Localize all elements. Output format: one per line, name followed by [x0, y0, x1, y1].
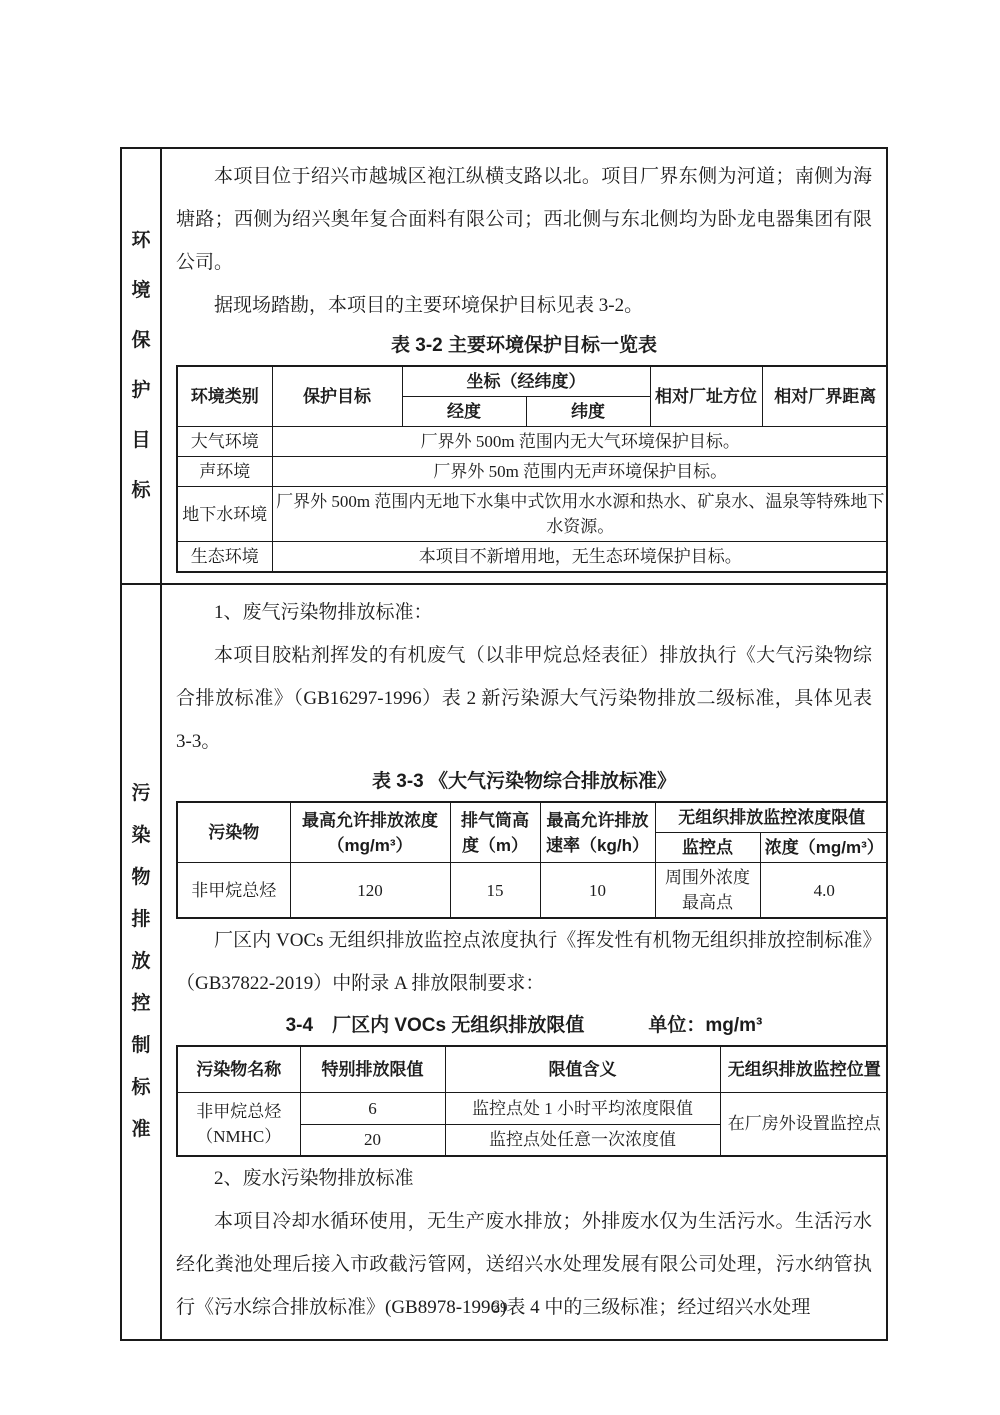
t33-header-fugitive-group: 无组织排放监控浓度限值: [655, 802, 886, 833]
t34-header-monitor-location: 无组织排放监控位置: [720, 1046, 886, 1092]
t32-row1-content: 厂界外 50m 范围内无声环境保护目标。: [272, 457, 886, 487]
t33-header-concentration: 浓度（mg/m³）: [760, 833, 886, 863]
table32-title: 表 3-2 主要环境保护目标一览表: [176, 331, 872, 361]
t32-header-latitude: 纬度: [526, 397, 650, 427]
t34-monitor-location: 在厂房外设置监控点: [720, 1092, 886, 1156]
t32-row0-category: 大气环境: [177, 427, 272, 457]
table-3-3: 污染物 最高允许排放浓度（mg/m³） 排气筒高度（m） 最高允许排放速率（kg…: [176, 801, 886, 919]
t32-row2-content: 厂界外 500m 范围内无地下水集中式饮用水水源和热水、矿泉水、温泉等特殊地下水…: [272, 487, 886, 542]
table-3-2: 环境类别 保护目标 坐标（经纬度） 相对厂址方位 相对厂界距离 经度 纬度 大气…: [176, 365, 886, 573]
t33-row-pollutant: 非甲烷总烃: [177, 863, 290, 919]
section2-paragraph-water-standard-heading: 2、废水污染物排放标准: [176, 1157, 872, 1200]
table34-title: 3-4 厂区内 VOCs 无组织排放限值 单位：mg/m³: [176, 1011, 872, 1041]
section2-heading: 污染物排放控制标准: [130, 773, 152, 1151]
t33-row-monitor-point: 周围外浓度最高点: [655, 863, 760, 919]
t32-header-target: 保护目标: [272, 366, 402, 427]
section1-heading: 环境保护目标: [130, 216, 152, 516]
section2-paragraph-gas-standard-body: 本项目胶粘剂挥发的有机废气（以非甲烷总烃表征）排放执行《大气污染物综合排放标准》…: [176, 634, 872, 763]
table-3-4: 污染物名称 特别排放限值 限值含义 无组织排放监控位置 非甲烷总烃（NMHC） …: [176, 1045, 886, 1157]
section2-paragraph-gas-standard-heading: 1、废气污染物排放标准：: [176, 591, 872, 634]
t33-header-pollutant: 污染物: [177, 802, 290, 863]
t34-row0-limit: 6: [300, 1092, 445, 1124]
table33-title: 表 3-3 《大气污染物综合排放标准》: [176, 767, 872, 797]
table-row: 非甲烷总烃（NMHC） 6 监控点处 1 小时平均浓度限值 在厂房外设置监控点: [177, 1092, 886, 1124]
t32-header-distance: 相对厂界距离: [762, 366, 886, 427]
t33-header-max-rate: 最高允许排放速率（kg/h）: [540, 802, 655, 863]
t33-header-monitor-point: 监控点: [655, 833, 760, 863]
section-environment-protection-targets: 环境保护目标 本项目位于绍兴市越城区袍江纵横支路以北。项目厂界东侧为河道；南侧为…: [122, 149, 886, 583]
t32-header-category: 环境类别: [177, 366, 272, 427]
document-table-frame: 环境保护目标 本项目位于绍兴市越城区袍江纵横支路以北。项目厂界东侧为河道；南侧为…: [120, 147, 888, 1341]
t33-header-stack-height: 排气筒高度（m）: [450, 802, 540, 863]
t32-row3-category: 生态环境: [177, 542, 272, 573]
section1-side-column: 环境保护目标: [122, 149, 162, 583]
t34-row0-meaning: 监控点处 1 小时平均浓度限值: [445, 1092, 720, 1124]
t32-header-coord-group: 坐标（经纬度）: [402, 366, 650, 397]
table34-title-text: 3-4 厂区内 VOCs 无组织排放限值: [286, 1011, 585, 1041]
t34-pollutant-name: 非甲烷总烃（NMHC）: [177, 1092, 300, 1156]
t32-row0-content: 厂界外 500m 范围内无大气环境保护目标。: [272, 427, 886, 457]
table34-title-unit: 单位：mg/m³: [648, 1011, 762, 1041]
page-number: 29: [0, 1300, 1000, 1317]
section1-content: 本项目位于绍兴市越城区袍江纵横支路以北。项目厂界东侧为河道；南侧为海塘路；西侧为…: [162, 149, 886, 583]
table-row: 大气环境 厂界外 500m 范围内无大气环境保护目标。: [177, 427, 886, 457]
t33-header-max-concentration: 最高允许排放浓度（mg/m³）: [290, 802, 450, 863]
t32-row3-content: 本项目不新增用地，无生态环境保护目标。: [272, 542, 886, 573]
section2-side-column: 污染物排放控制标准: [122, 585, 162, 1339]
section2-paragraph-vocs: 厂区内 VOCs 无组织排放监控点浓度执行《挥发性有机物无组织排放控制标准》（G…: [176, 919, 872, 1005]
t34-header-meaning: 限值含义: [445, 1046, 720, 1092]
section1-paragraph-survey: 据现场踏勘，本项目的主要环境保护目标见表 3-2。: [176, 284, 872, 327]
t34-header-name: 污染物名称: [177, 1046, 300, 1092]
t32-row2-category: 地下水环境: [177, 487, 272, 542]
table-row: 生态环境 本项目不新增用地，无生态环境保护目标。: [177, 542, 886, 573]
section-pollutant-discharge-standards: 污染物排放控制标准 1、废气污染物排放标准： 本项目胶粘剂挥发的有机废气（以非甲…: [122, 583, 886, 1339]
t32-row1-category: 声环境: [177, 457, 272, 487]
t34-row1-meaning: 监控点处任意一次浓度值: [445, 1124, 720, 1156]
t33-row-stack-height: 15: [450, 863, 540, 919]
t33-row-concentration: 4.0: [760, 863, 886, 919]
t33-row-max-concentration: 120: [290, 863, 450, 919]
t32-header-longitude: 经度: [402, 397, 526, 427]
table-row: 非甲烷总烃 120 15 10 周围外浓度最高点 4.0: [177, 863, 886, 919]
t34-header-special-limit: 特别排放限值: [300, 1046, 445, 1092]
table-row: 地下水环境 厂界外 500m 范围内无地下水集中式饮用水水源和热水、矿泉水、温泉…: [177, 487, 886, 542]
section2-content: 1、废气污染物排放标准： 本项目胶粘剂挥发的有机废气（以非甲烷总烃表征）排放执行…: [162, 585, 886, 1339]
section1-paragraph-location: 本项目位于绍兴市越城区袍江纵横支路以北。项目厂界东侧为河道；南侧为海塘路；西侧为…: [176, 155, 872, 284]
t34-row1-limit: 20: [300, 1124, 445, 1156]
t32-header-direction: 相对厂址方位: [650, 366, 762, 427]
table-row: 声环境 厂界外 50m 范围内无声环境保护目标。: [177, 457, 886, 487]
t33-row-max-rate: 10: [540, 863, 655, 919]
